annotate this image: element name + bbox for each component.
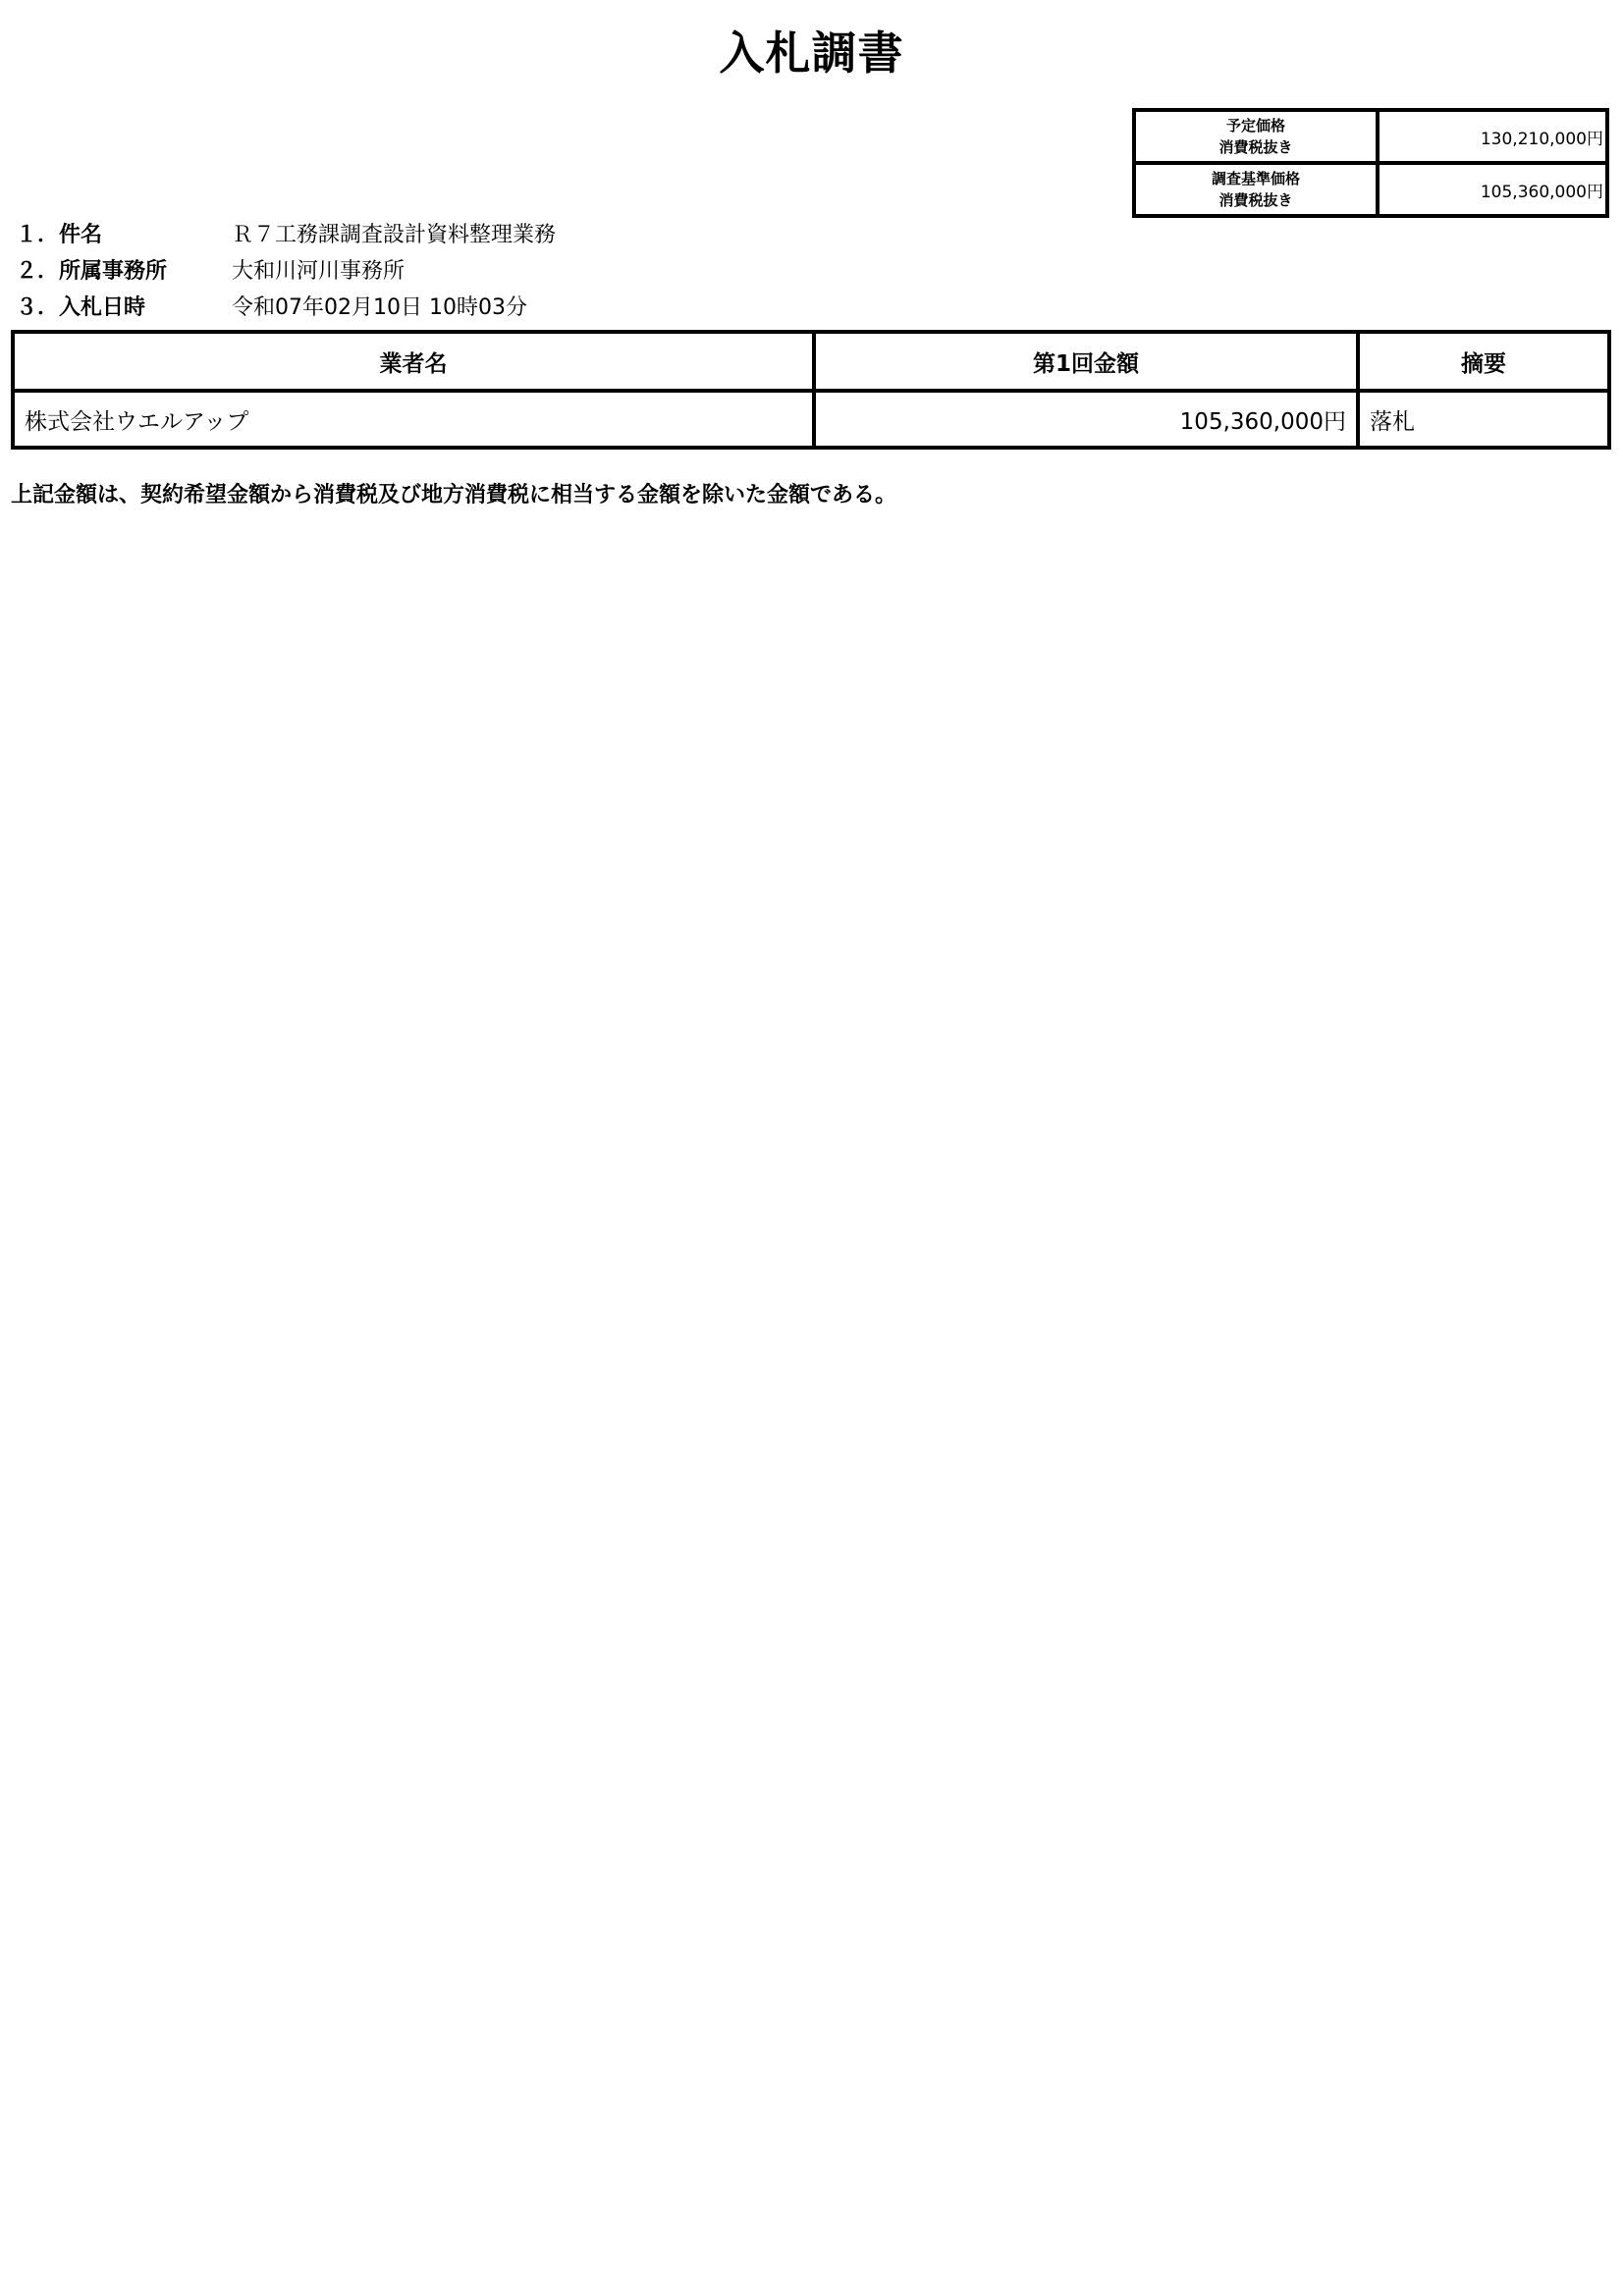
planned-price-value: 130,210,000円 <box>1378 110 1607 163</box>
info-item-office: ２．所属事務所大和川河川事務所 <box>16 257 405 287</box>
info-item-datetime: ３．入札日時令和07年02月10日 10時03分 <box>16 294 527 323</box>
header-amount: 第1回金額 <box>814 332 1358 391</box>
planned-price-label-line2: 消費税抜き <box>1142 136 1370 158</box>
header-company: 業者名 <box>13 332 814 391</box>
header-note: 摘要 <box>1358 332 1609 391</box>
planned-price-row: 予定価格 消費税抜き 130,210,000円 <box>1134 110 1607 163</box>
info-number: ３． <box>16 294 59 323</box>
document-title: 入札調書 <box>0 18 1623 82</box>
info-item-subject: １．件名Ｒ７工務課調査設計資料整理業務 <box>16 221 556 250</box>
base-price-label-line1: 調査基準価格 <box>1142 168 1370 189</box>
base-price-label-line2: 消費税抜き <box>1142 189 1370 211</box>
info-value: Ｒ７工務課調査設計資料整理業務 <box>232 221 556 250</box>
price-summary-table: 予定価格 消費税抜き 130,210,000円 調査基準価格 消費税抜き 105… <box>1132 108 1609 218</box>
info-key: 件名 <box>59 221 232 250</box>
footnote: 上記金額は、契約希望金額から消費税及び地方消費税に相当する金額を除いた金額である… <box>11 478 896 508</box>
company-cell: 株式会社ウエルアップ <box>13 391 814 448</box>
note-cell: 落札 <box>1358 391 1609 448</box>
base-price-row: 調査基準価格 消費税抜き 105,360,000円 <box>1134 163 1607 216</box>
bid-table-header: 業者名 第1回金額 摘要 <box>13 332 1609 391</box>
info-value: 大和川河川事務所 <box>232 257 405 287</box>
info-number: ２． <box>16 257 59 287</box>
info-key: 所属事務所 <box>59 257 232 287</box>
base-price-value: 105,360,000円 <box>1378 163 1607 216</box>
info-key: 入札日時 <box>59 294 232 323</box>
planned-price-label-line1: 予定価格 <box>1142 115 1370 136</box>
info-value: 令和07年02月10日 10時03分 <box>232 294 527 323</box>
amount-cell: 105,360,000円 <box>814 391 1358 448</box>
base-price-label: 調査基準価格 消費税抜き <box>1134 163 1378 216</box>
info-number: １． <box>16 221 59 250</box>
planned-price-label: 予定価格 消費税抜き <box>1134 110 1378 163</box>
bid-table: 業者名 第1回金額 摘要 株式会社ウエルアップ 105,360,000円 落札 <box>11 330 1611 450</box>
table-row: 株式会社ウエルアップ 105,360,000円 落札 <box>13 391 1609 448</box>
